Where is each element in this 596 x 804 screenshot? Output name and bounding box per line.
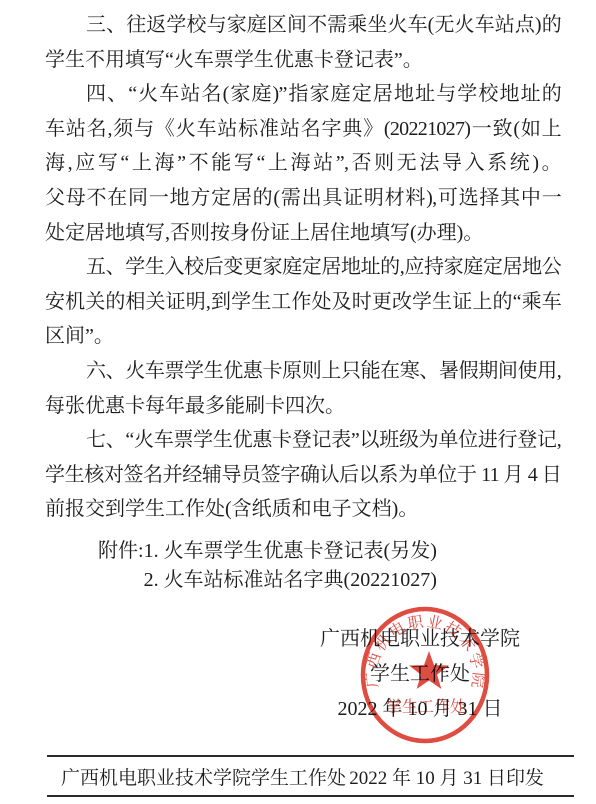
text-line: 父母不在同一地方定居的(需出具证明材料),可选择其中一 — [45, 181, 561, 216]
text-line: 前报交到学生工作处(含纸质和电子文档)。 — [45, 492, 561, 527]
text-line: 安机关的相关证明,到学生工作处及时更改学生证上的“乘车 — [45, 285, 561, 320]
attachments-label: 附件: — [98, 537, 144, 595]
notice-body: 三、往返学校与家庭区间不需乘坐火车(无火车站点)的 学生不用填写“火车票学生优惠… — [45, 8, 561, 527]
text-line: 每张优惠卡每年最多能刷卡四次。 — [45, 389, 561, 424]
issuer-department: 学生工作处 — [300, 657, 540, 692]
text-line: 三、往返学校与家庭区间不需乘坐火车(无火车站点)的 — [45, 8, 561, 43]
text-line: 区间”。 — [45, 319, 561, 354]
text-line: 七、“火车票学生优惠卡登记表”以班级为单位进行登记, — [45, 423, 561, 458]
text-line: 学生不用填写“火车票学生优惠卡登记表”。 — [45, 43, 561, 78]
footer-issuer: 广西机电职业技术学院学生工作处 — [61, 763, 346, 790]
text-line: 车站名,须与《火车站标准站名字典》(20221027)一致(如上 — [45, 112, 561, 147]
text-line: 四、“火车站名(家庭)”指家庭定居地址与学校地址的 — [45, 77, 561, 112]
paragraph: 六、火车票学生优惠卡原则上只能在寒、暑假期间使用, 每张优惠卡每年最多能刷卡四次… — [45, 354, 561, 423]
text-line: 五、学生入校后变更家庭定居地址的,应持家庭定居地公 — [45, 250, 561, 285]
footer-print-date: 2022 年 10 月 31 日印发 — [349, 763, 544, 790]
paragraph: 三、往返学校与家庭区间不需乘坐火车(无火车站点)的 学生不用填写“火车票学生优惠… — [45, 8, 561, 77]
text-line: 六、火车票学生优惠卡原则上只能在寒、暑假期间使用, — [45, 354, 561, 389]
paragraph: 四、“火车站名(家庭)”指家庭定居地址与学校地址的 车站名,须与《火车站标准站名… — [45, 77, 561, 250]
signature-block: 广西机电职业技术学院 学生工作处 2022 年 10 月 31 日 — [300, 622, 540, 727]
notice-page: 三、往返学校与家庭区间不需乘坐火车(无火车站点)的 学生不用填写“火车票学生优惠… — [0, 0, 596, 804]
text-line: 处定居地填写,否则按身份证上居住地填写(办理)。 — [45, 216, 561, 251]
footer-bar: 广西机电职业技术学院学生工作处 2022 年 10 月 31 日印发 — [47, 755, 574, 797]
issue-date: 2022 年 10 月 31 日 — [300, 692, 540, 727]
paragraph: 七、“火车票学生优惠卡登记表”以班级为单位进行登记, 学生核对签名并经辅导员签字… — [45, 423, 561, 527]
attachment-item: 1. 火车票学生优惠卡登记表(另发) — [144, 537, 437, 566]
paragraph: 五、学生入校后变更家庭定居地址的,应持家庭定居地公 安机关的相关证明,到学生工作… — [45, 250, 561, 354]
text-line: 学生核对签名并经辅导员签字确认后以系为单位于 11 月 4 日 — [45, 458, 561, 493]
text-line: 海,应写“上海”不能写“上海站”,否则无法导入系统)。 — [45, 146, 561, 181]
attachment-item: 2. 火车站标准站名字典(20221027) — [144, 566, 437, 595]
issuer-name: 广西机电职业技术学院 — [300, 622, 540, 657]
attachments-block: 附件: 1. 火车票学生优惠卡登记表(另发) 2. 火车站标准站名字典(2022… — [45, 537, 437, 595]
attachments-list: 1. 火车票学生优惠卡登记表(另发) 2. 火车站标准站名字典(20221027… — [144, 537, 437, 595]
